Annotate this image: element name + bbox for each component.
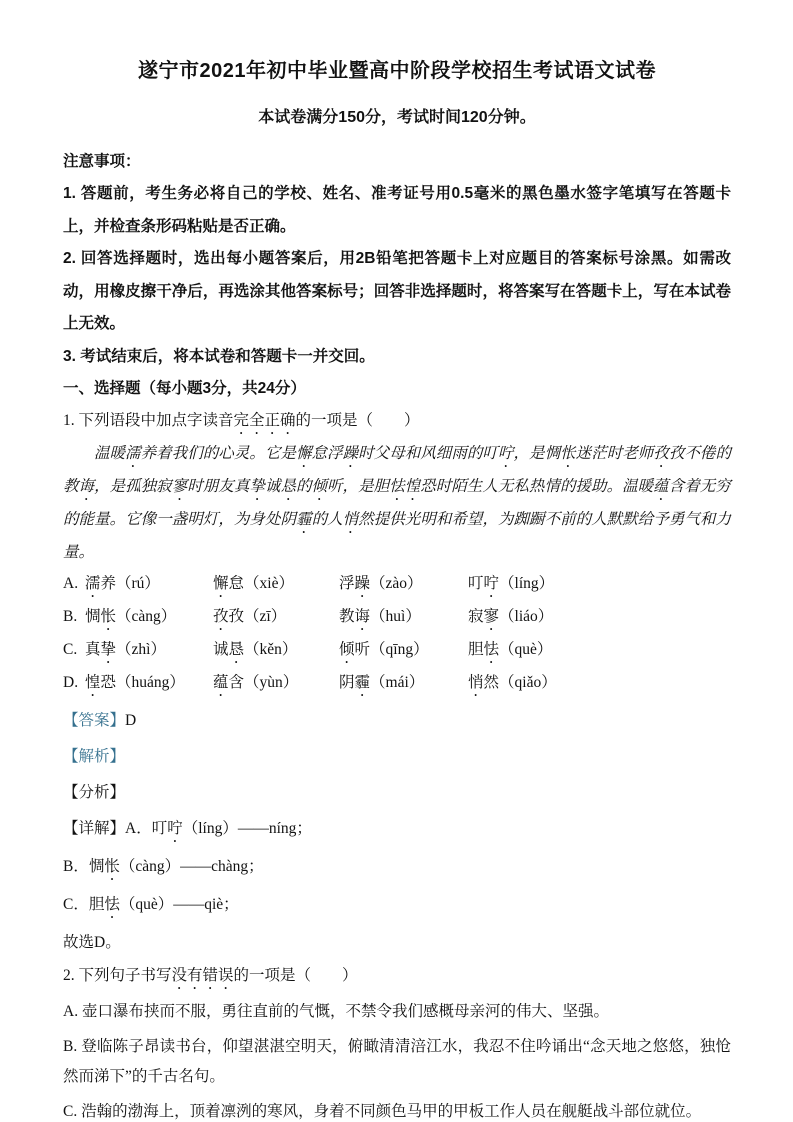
jiexi-line: 【解析】 xyxy=(63,742,731,772)
option-word: 真挚（zhì） xyxy=(85,634,213,667)
question2-option-c: C. 浩翰的渤海上，顶着凛洌的寒风，身着不同颜色马甲的甲板工作人员在舰艇战斗部位… xyxy=(63,1097,731,1122)
option-word: 蕴含（yùn） xyxy=(213,667,339,700)
answer-value: D xyxy=(125,712,136,729)
exam-subtitle: 本试卷满分150分，考试时间120分钟。 xyxy=(63,106,731,130)
fenxi-label: 【分析】 xyxy=(63,784,125,801)
option-row-d: D. 惶恐（huáng） 蕴含（yùn） 阴霾（mái） 悄然（qiǎo） xyxy=(63,667,731,700)
option-word: 叮咛（líng） xyxy=(468,568,554,601)
answer-label: 【答案】 xyxy=(63,712,125,729)
question1-passage: 温暖濡养着我们的心灵。它是懈怠浮躁时父母和风细雨的叮咛，是惆怅迷茫时老师孜孜不倦… xyxy=(63,438,731,568)
option-word: 孜孜（zī） xyxy=(213,601,339,634)
question-2: 2. 下列句子书写没有错误的一项是（ ） A. 壶口瀑布挟而不服，勇往直前的气慨… xyxy=(63,961,731,1122)
detail-line-a: 【详解】A．叮咛（líng）——níng； xyxy=(63,814,731,846)
question2-option-b: B. 登临陈子昂读书台，仰望湛湛空明天，俯瞰清清涪江水，我忍不住吟诵出“念天地之… xyxy=(63,1032,731,1093)
option-word: 寂寥（liáo） xyxy=(468,601,553,634)
detail-line-c: C．胆怯（què）——qiè； xyxy=(63,890,731,922)
conclusion-line: 故选D。 xyxy=(63,928,731,958)
answer-analysis-block: 【答案】D 【解析】 【分析】 【详解】A．叮咛（líng）——níng； B．… xyxy=(63,706,731,958)
option-word: 阴霾（mái） xyxy=(339,667,468,700)
notice-item-1: 1. 答题前，考生务必将自己的学校、姓名、准考证号用0.5毫米的黑色墨水签字笔填… xyxy=(63,178,731,243)
question1-options: A. 濡养（rú） 懈怠（xiè） 浮躁（zào） 叮咛（líng） B. 惆怅… xyxy=(63,568,731,700)
option-word: 诚恳（kěn） xyxy=(213,634,339,667)
option-label-c: C. xyxy=(63,634,85,667)
detail-label: 【详解】 xyxy=(63,820,125,837)
notice-item-2: 2. 回答选择题时，选出每小题答案后，用2B铅笔把答题卡上对应题目的答案标号涂黑… xyxy=(63,243,731,341)
option-word: 悄然（qiǎo） xyxy=(468,667,557,700)
answer-line: 【答案】D xyxy=(63,706,731,736)
detail-text-a: A．叮咛（líng）——níng； xyxy=(125,820,312,837)
option-row-b: B. 惆怅（càng） 孜孜（zī） 教诲（huì） 寂寥（liáo） xyxy=(63,601,731,634)
option-word: 濡养（rú） xyxy=(85,568,213,601)
option-word: 胆怯（què） xyxy=(468,634,552,667)
notice-heading: 注意事项： xyxy=(63,146,731,178)
option-word: 倾听（qīng） xyxy=(339,634,468,667)
option-word: 浮躁（zào） xyxy=(339,568,468,601)
option-label-b: B. xyxy=(63,601,85,634)
detail-line-b: B．惆怅（càng）——chàng； xyxy=(63,852,731,884)
notice-item-3: 3. 考试结束后，将本试卷和答题卡一并交回。 xyxy=(63,341,731,374)
option-row-a: A. 濡养（rú） 懈怠（xiè） 浮躁（zào） 叮咛（líng） xyxy=(63,568,731,601)
option-row-c: C. 真挚（zhì） 诚恳（kěn） 倾听（qīng） 胆怯（què） xyxy=(63,634,731,667)
option-word: 懈怠（xiè） xyxy=(213,568,339,601)
question1-stem: 1. 下列语段中加点字读音完全正确的一项是（ ） xyxy=(63,405,731,438)
option-word: 教诲（huì） xyxy=(339,601,468,634)
option-word: 惆怅（càng） xyxy=(85,601,213,634)
exam-paper-page: 遂宁市2021年初中毕业暨高中阶段学校招生考试语文试卷 本试卷满分150分，考试… xyxy=(0,0,793,1122)
page-title: 遂宁市2021年初中毕业暨高中阶段学校招生考试语文试卷 xyxy=(63,56,731,86)
option-word: 惶恐（huáng） xyxy=(85,667,213,700)
notice-section: 注意事项： 1. 答题前，考生务必将自己的学校、姓名、准考证号用0.5毫米的黑色… xyxy=(63,146,731,373)
option-label-a: A. xyxy=(63,568,85,601)
fenxi-line: 【分析】 xyxy=(63,778,731,808)
option-label-d: D. xyxy=(63,667,85,700)
section-heading-choice: 一、选择题（每小题3分，共24分） xyxy=(63,373,731,405)
jiexi-label: 【解析】 xyxy=(63,748,125,765)
question2-option-a: A. 壶口瀑布挟而不服，勇往直前的气慨，不禁令我们感概母亲河的伟大、坚强。 xyxy=(63,997,731,1028)
question-1: 1. 下列语段中加点字读音完全正确的一项是（ ） 温暖濡养着我们的心灵。它是懈怠… xyxy=(63,405,731,958)
question2-stem: 2. 下列句子书写没有错误的一项是（ ） xyxy=(63,961,731,993)
